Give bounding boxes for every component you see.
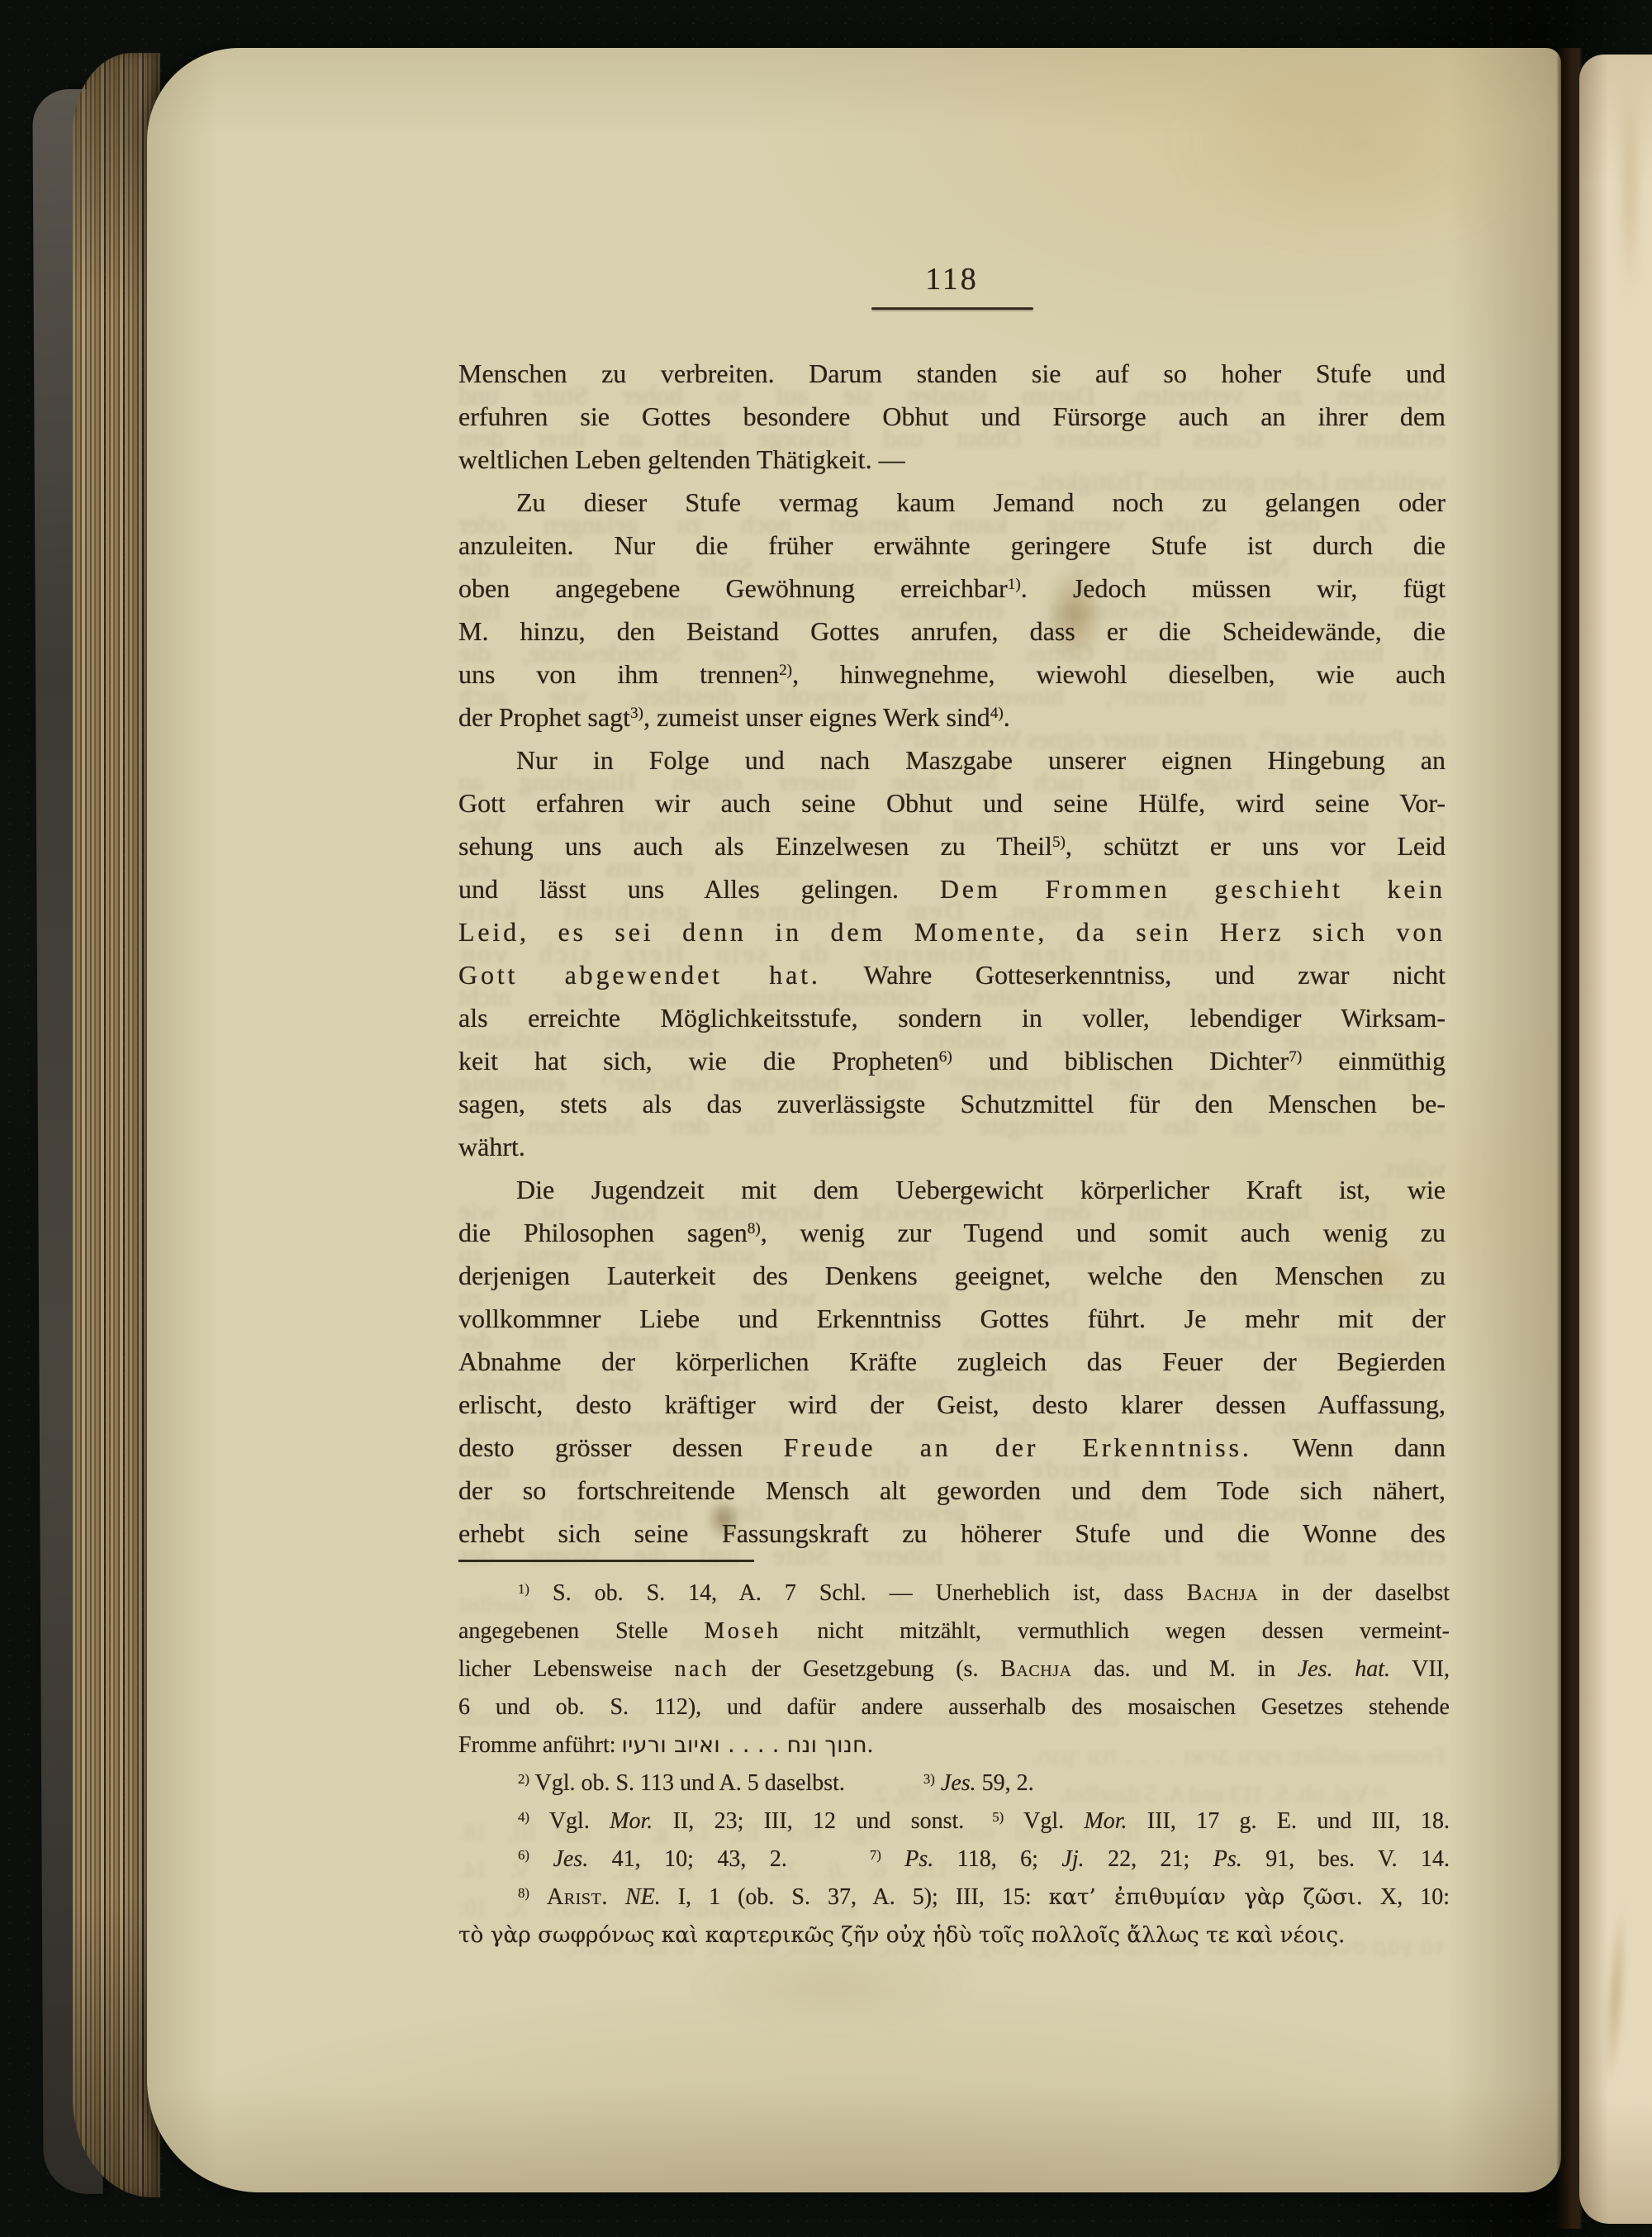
body-line: oben angegebene Gewöhnung erreichbar1). … xyxy=(458,567,1445,610)
footnote-ref: 6) xyxy=(939,1048,952,1066)
text-segment: Jes. xyxy=(553,1846,588,1872)
footnote-ref: 2) xyxy=(518,1771,529,1787)
body-line: uns von ihm trennen2), hinwegnehme, wiew… xyxy=(458,653,1445,696)
body-line: keit hat sich, wie die Propheten6) und b… xyxy=(458,1039,1445,1082)
body-line: der Prophet sagt3), zumeist unser eignes… xyxy=(458,696,1445,739)
text-segment: keit hat sich, wie die Propheten xyxy=(458,1046,939,1076)
text-segment: weltlichen Leben geltenden Thätigkeit. — xyxy=(458,444,905,474)
decorative-stain xyxy=(692,1948,973,2022)
body-line: währt. xyxy=(458,1125,1445,1168)
text-segment: der Gesetzgebung (s. xyxy=(729,1656,1000,1682)
text-segment: währt. xyxy=(458,1132,525,1161)
text-segment: , wenig zur Tugend und somit auch wenig … xyxy=(761,1218,1445,1247)
text-segment: Jes. hat. xyxy=(1298,1656,1390,1682)
text-segment: Vgl. ob. S. 113 und A. 5 daselbst. xyxy=(529,1770,845,1796)
text-segment: uns von ihm trennen xyxy=(458,659,779,689)
text-segment: und biblischen Dichter xyxy=(952,1046,1289,1076)
text-segment: Nur in Folge und nach Maszgabe unserer e… xyxy=(516,745,1445,775)
text-segment: , schützt er uns vor Leid xyxy=(1066,831,1445,861)
text-segment: Zu dieser Stufe vermag kaum Jemand noch … xyxy=(516,487,1445,517)
text-segment: Bachja xyxy=(1000,1656,1072,1682)
footnote-ref: 7) xyxy=(1289,1048,1302,1066)
body-line: desto grösser dessen Freude an der Erken… xyxy=(458,1426,1445,1469)
text-segment: nicht mitzählt, vermuthlich wegen dessen… xyxy=(781,1618,1450,1644)
footnote-line: 6 und ob. S. 112), und dafür andere auss… xyxy=(458,1688,1450,1726)
text-segment: Mor. xyxy=(1084,1808,1127,1834)
text-segment: Jes. xyxy=(941,1770,976,1796)
body-line: sagen, stets als das zuverlässigste Schu… xyxy=(458,1082,1445,1125)
body-line: und lässt uns Alles gelingen. Dem Fromme… xyxy=(458,867,1445,910)
text-segment: Moseh xyxy=(705,1618,781,1644)
text-segment: 22, 21; xyxy=(1085,1846,1213,1872)
footnote-ref: 1) xyxy=(518,1581,529,1597)
text-segment: 41, 10; 43, 2. xyxy=(588,1846,787,1872)
footnote-line: τὸ γὰρ σωφρόνως καὶ καρτερικῶς ζῆν οὐχ ἡ… xyxy=(458,1916,1450,1954)
text-segment: Dem Frommen geschieht kein xyxy=(940,874,1445,904)
body-line: Gott abgewendet hat. Wahre Gotteserkennt… xyxy=(458,953,1445,996)
footnote-ref: 1) xyxy=(1008,576,1021,593)
text-segment: Fromme anführt: xyxy=(458,1732,622,1758)
text-segment: NE. xyxy=(625,1884,661,1910)
text-segment: in der daselbst xyxy=(1258,1580,1450,1606)
page-header: 118 xyxy=(458,261,1445,310)
text-segment: derjenigen Lauterkeit des Denkens geeign… xyxy=(458,1261,1445,1290)
greek-text: τὸ γὰρ σωφρόνως καὶ καρτερικῶς ζῆν οὐχ ἡ… xyxy=(458,1923,1345,1948)
footnote-ref: 8) xyxy=(748,1220,761,1237)
footnotes: 1) S. ob. S. 14, A. 7 Schl. — Unerheblic… xyxy=(458,1574,1450,1954)
body-line: Zu dieser Stufe vermag kaum Jemand noch … xyxy=(458,481,1445,524)
body-line: derjenigen Lauterkeit des Denkens geeign… xyxy=(458,1254,1445,1297)
footnote-ref: 2) xyxy=(779,662,792,679)
text-segment: Wenn dann xyxy=(1252,1432,1445,1462)
text-segment: , hinwegnehme, wiewohl dieselben, wie au… xyxy=(792,659,1445,689)
text-segment: sehung uns auch als Einzelwesen zu Theil xyxy=(458,831,1052,861)
decorative-stain xyxy=(1619,63,1640,311)
text-segment: licher Lebensweise xyxy=(458,1656,675,1682)
text-segment: Ps. xyxy=(904,1846,933,1872)
text-segment xyxy=(881,1846,904,1872)
body-line: Abnahme der körperlichen Kräfte zugleich… xyxy=(458,1340,1445,1383)
text-segment: Mor. xyxy=(610,1808,653,1834)
text-segment: Leid, es sei denn in dem Momente, da sei… xyxy=(458,917,1445,947)
body-line: erlischt, desto kräftiger wird der Geist… xyxy=(458,1383,1445,1426)
body-line: weltlichen Leben geltenden Thätigkeit. — xyxy=(458,438,1445,481)
text-segment: einmüthig xyxy=(1302,1046,1445,1076)
footnote-line: Fromme anführt: חנוך ונח . . . . ואיוב ו… xyxy=(458,1726,1450,1764)
footnote-ref: 4) xyxy=(990,705,1004,722)
footnote-line: 4) Vgl. Mor. II, 23; III, 12 und sonst.5… xyxy=(458,1802,1450,1840)
text-segment: , zumeist unser eignes Werk sind xyxy=(643,702,990,732)
page-number: 118 xyxy=(458,261,1445,297)
text-segment: VII, xyxy=(1390,1656,1450,1682)
text-segment: die Philosophen sagen xyxy=(458,1218,748,1247)
text-segment: III, 17 g. E. und III, 18. xyxy=(1127,1808,1450,1834)
text-segment: nach xyxy=(675,1656,729,1682)
body-line: als erreichte Möglichkeitsstufe, sondern… xyxy=(458,996,1445,1039)
text-segment: 91, bes. V. 14. xyxy=(1242,1846,1450,1872)
footnote-ref: 3) xyxy=(630,705,643,722)
body-line: M. hinzu, den Beistand Gottes anrufen, d… xyxy=(458,610,1445,653)
column-gap xyxy=(964,1827,992,1828)
text-segment: als erreichte Möglichkeitsstufe, sondern… xyxy=(458,1003,1445,1033)
text-segment: angegebenen Stelle xyxy=(458,1618,705,1644)
text-segment: Menschen zu verbreiten. Darum standen si… xyxy=(458,359,1445,388)
text-segment: M. hinzu, den Beistand Gottes anrufen, d… xyxy=(458,616,1445,646)
text-segment: S. ob. S. 14, A. 7 Schl. — Unerheblich i… xyxy=(529,1580,1187,1606)
text-segment: Bachja xyxy=(1187,1580,1259,1606)
footnote-ref: 6) xyxy=(518,1847,529,1863)
body-line: Die Jugendzeit mit dem Uebergewicht körp… xyxy=(458,1168,1445,1211)
text-segment: erlischt, desto kräftiger wird der Geist… xyxy=(458,1389,1445,1419)
body-line: vollkommner Liebe und Erkenntniss Gottes… xyxy=(458,1297,1445,1340)
text-segment: Vgl. xyxy=(529,1808,610,1834)
footnote-ref: 3) xyxy=(923,1771,935,1787)
text-segment: . xyxy=(867,1732,873,1758)
body-line: Gott erfahren wir auch seine Obhut und s… xyxy=(458,781,1445,824)
body-line: Nur in Folge und nach Maszgabe unserer e… xyxy=(458,739,1445,781)
adjacent-page-edge xyxy=(1579,55,1652,2224)
text-segment xyxy=(529,1846,553,1872)
text-segment: der so fortschreitende Mensch alt geword… xyxy=(458,1475,1445,1505)
decorative-stain xyxy=(1601,1897,1631,2096)
text-segment: 59, 2. xyxy=(976,1770,1034,1796)
page-number-rule xyxy=(871,307,1033,310)
footnote-ref: 5) xyxy=(1052,834,1066,851)
text-segment: Gott abgewendet hat. xyxy=(458,960,821,990)
footnote-ref: 5) xyxy=(992,1809,1004,1825)
text-segment: desto grösser dessen xyxy=(458,1432,784,1462)
text-segment: X, 10: xyxy=(1363,1884,1450,1910)
text-segment: anzuleiten. Nur die früher erwähnte geri… xyxy=(458,530,1445,560)
body-line: Leid, es sei denn in dem Momente, da sei… xyxy=(458,910,1445,953)
body-line: Menschen zu verbreiten. Darum standen si… xyxy=(458,352,1445,395)
text-segment: Arist. xyxy=(547,1884,608,1910)
footnote-line: licher Lebensweise nach der Gesetzgebung… xyxy=(458,1650,1450,1688)
text-segment: Abnahme der körperlichen Kräfte zugleich… xyxy=(458,1346,1445,1376)
column-gap xyxy=(845,1789,923,1790)
text-segment: 6 und ob. S. 112), und dafür andere auss… xyxy=(458,1694,1450,1720)
footnote-separator-rule xyxy=(458,1560,754,1562)
footnote-ref: 4) xyxy=(518,1809,529,1825)
body-line: erfuhren sie Gottes besondere Obhut und … xyxy=(458,395,1445,438)
text-segment: und lässt uns Alles gelingen. xyxy=(458,874,940,904)
body-line: erhebt sich seine Fassungskraft zu höher… xyxy=(458,1512,1445,1555)
text-segment: . Jedoch müssen wir, fügt xyxy=(1021,573,1445,603)
text-segment: Freude an der Erkenntniss. xyxy=(784,1432,1252,1462)
decorative-stain xyxy=(1180,48,1535,238)
text-segment xyxy=(529,1884,547,1910)
text-segment: der Prophet sagt xyxy=(458,702,630,732)
text-segment: erhebt sich seine Fassungskraft zu höher… xyxy=(458,1518,1445,1548)
text-segment: II, 23; III, 12 und sonst. xyxy=(653,1808,964,1834)
body-text: Menschen zu verbreiten. Darum standen si… xyxy=(458,352,1445,1555)
footnote-line: 6) Jes. 41, 10; 43, 2.7) Ps. 118, 6; Jj.… xyxy=(458,1840,1450,1878)
body-line: die Philosophen sagen8), wenig zur Tugen… xyxy=(458,1211,1445,1254)
hebrew-text: חנוך ונח . . . . ואיוב ורעיו xyxy=(622,1732,868,1758)
body-line: sehung uns auch als Einzelwesen zu Theil… xyxy=(458,824,1445,867)
footnote-line: 1) S. ob. S. 14, A. 7 Schl. — Unerheblic… xyxy=(458,1574,1450,1612)
book-page: Menschen zu verbreiten. Darum standen si… xyxy=(147,48,1561,2192)
column-gap xyxy=(787,1865,870,1866)
text-segment: sagen, stets als das zuverlässigste Schu… xyxy=(458,1089,1445,1118)
footnote-ref: 8) xyxy=(518,1885,529,1901)
footnote-ref: 7) xyxy=(870,1847,881,1863)
footnote-line: 8) Arist. NE. I, 1 (ob. S. 37, A. 5); II… xyxy=(458,1878,1450,1916)
text-segment: I, 1 (ob. S. 37, A. 5); III, 15: xyxy=(661,1884,1049,1910)
text-segment: vollkommner Liebe und Erkenntniss Gottes… xyxy=(458,1304,1445,1333)
text-segment xyxy=(608,1884,625,1910)
greek-text: κατ’ ἐπιθυμίαν γὰρ ζῶσι. xyxy=(1049,1885,1363,1910)
text-segment: erfuhren sie Gottes besondere Obhut und … xyxy=(458,401,1445,431)
text-segment: Wahre Gotteserkenntniss, und zwar nicht xyxy=(821,960,1445,990)
text-segment: Ps. xyxy=(1213,1846,1242,1872)
text-segment: Vgl. xyxy=(1004,1808,1084,1834)
text-segment: Jj. xyxy=(1061,1846,1084,1872)
text-segment: 118, 6; xyxy=(933,1846,1061,1872)
text-segment: das. und M. in xyxy=(1072,1656,1298,1682)
body-line: der so fortschreitende Mensch alt geword… xyxy=(458,1469,1445,1512)
body-line: anzuleiten. Nur die früher erwähnte geri… xyxy=(458,524,1445,567)
footnote-line: angegebenen Stelle Moseh nicht mitzählt,… xyxy=(458,1612,1450,1650)
footnote-line: 2) Vgl. ob. S. 113 und A. 5 daselbst.3) … xyxy=(458,1764,1450,1802)
text-segment xyxy=(935,1770,941,1796)
text-segment: Die Jugendzeit mit dem Uebergewicht körp… xyxy=(516,1175,1445,1204)
text-segment: oben angegebene Gewöhnung erreichbar xyxy=(458,573,1008,603)
text-segment: . xyxy=(1004,702,1010,732)
text-segment: Gott erfahren wir auch seine Obhut und s… xyxy=(458,788,1445,818)
